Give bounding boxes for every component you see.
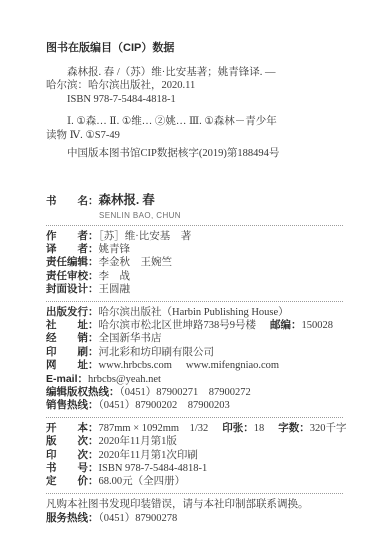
row-author: 作 者：［苏］维·比安基 著 xyxy=(46,230,343,243)
book-info-block: 书 名：森林报. 春 SENLIN BAO, CHUN 作 者：［苏］维·比安基… xyxy=(46,192,343,526)
book-title-label: 书 名： xyxy=(46,195,99,207)
postcode-label: 邮编： xyxy=(270,319,302,331)
isbn-value: ISBN 978-7-5484-4818-1 xyxy=(99,463,208,474)
printer-value: 河北彩和坊印刷有限公司 xyxy=(99,347,215,358)
row-distributor: 经 销：全国新华书店 xyxy=(46,332,343,345)
cover-designer-label: 封面设计： xyxy=(46,283,99,295)
row-sales-hotline: 销售热线：（0451）87900202 87900203 xyxy=(46,399,343,412)
cip-class-line2: 读物 Ⅳ. ①S7-49 xyxy=(46,130,120,141)
row-cover-designer: 封面设计：王圆融 xyxy=(46,283,343,296)
row-editor: 责任编辑：李金秋 王婉竺 xyxy=(46,256,343,269)
book-title-pinyin: SENLIN BAO, CHUN xyxy=(99,211,343,221)
publisher-value: 哈尔滨出版社（Harbin Publishing House） xyxy=(99,307,289,318)
cip-isbn: ISBN 978-7-5484-4818-1 xyxy=(46,93,343,107)
editor-label: 责任编辑： xyxy=(46,256,99,268)
row-publisher: 出版发行：哈尔滨出版社（Harbin Publishing House） xyxy=(46,306,343,319)
sheets-label: 印张： xyxy=(222,422,254,434)
address-label: 社 址： xyxy=(46,319,99,331)
row-website: 网 址：www.hrbcbs.comwww.mifengniao.com xyxy=(46,359,343,372)
row-price: 定 价：68.00元（全四册） xyxy=(46,475,343,488)
editorial-hotline-label: 编辑版权热线： xyxy=(46,386,120,398)
proofreader-value: 李 战 xyxy=(99,271,131,282)
row-format: 开 本：787mm × 1092mm 1/32印张：18字数：320千字 xyxy=(46,422,343,435)
format-label: 开 本： xyxy=(46,422,99,434)
author-value: ［苏］维·比安基 著 xyxy=(99,231,192,242)
row-editorial-hotline: 编辑版权热线：（0451）87900271 87900272 xyxy=(46,386,343,399)
translator-label: 译 者： xyxy=(46,243,99,255)
sales-hotline-value: （0451）87900202 87900203 xyxy=(99,400,230,411)
row-translator: 译 者：姚青锋 xyxy=(46,243,343,256)
distributor-label: 经 销： xyxy=(46,332,99,344)
price-value: 68.00元（全四册） xyxy=(99,476,186,487)
row-edition: 版 次：2020年11月第1版 xyxy=(46,435,343,448)
copyright-page: 图书在版编目（CIP）数据 森林报. 春 /（苏）维·比安基著；姚青锋译. —哈… xyxy=(0,0,375,543)
sheets-value: 18 xyxy=(254,423,265,434)
address-value: 哈尔滨市松北区世坤路738号9号楼 xyxy=(99,320,257,331)
wordcount-label: 字数： xyxy=(278,422,310,434)
price-label: 定 价： xyxy=(46,475,99,487)
cip-record-number: 中国版本图书馆CIP数据核字(2019)第188494号 xyxy=(46,147,343,161)
cip-entry: 森林报. 春 /（苏）维·比安基著；姚青锋译. —哈尔滨：哈尔滨出版社，2020… xyxy=(46,66,343,93)
impression-label: 印 次： xyxy=(46,449,99,461)
website-value-1: www.hrbcbs.com xyxy=(99,360,172,371)
row-printer: 印 刷：河北彩和坊印刷有限公司 xyxy=(46,346,343,359)
editorial-hotline-value: （0451）87900271 87900272 xyxy=(120,387,251,398)
row-impression: 印 次：2020年11月第1次印刷 xyxy=(46,449,343,462)
cip-block: 图书在版编目（CIP）数据 森林报. 春 /（苏）维·比安基著；姚青锋译. —哈… xyxy=(46,42,343,161)
cip-title: 图书在版编目（CIP）数据 xyxy=(46,42,343,56)
sales-hotline-label: 销售热线： xyxy=(46,399,99,411)
publisher-label: 出版发行： xyxy=(46,306,99,318)
service-hotline-value: （0451）87900278 xyxy=(99,513,178,524)
website-label: 网 址： xyxy=(46,359,99,371)
isbn-label: 书 号： xyxy=(46,462,99,474)
website-value-2: www.mifengniao.com xyxy=(186,360,279,371)
translator-value: 姚青锋 xyxy=(99,244,131,255)
email-label: E-mail： xyxy=(46,373,88,385)
distributor-value: 全国新华书店 xyxy=(99,333,162,344)
edition-label: 版 次： xyxy=(46,435,99,447)
impression-value: 2020年11月第1次印刷 xyxy=(99,450,198,461)
printer-label: 印 刷： xyxy=(46,346,99,358)
row-email: E-mail：hrbcbs@yeah.net xyxy=(46,373,343,386)
editor-value: 李金秋 王婉竺 xyxy=(99,257,173,268)
edition-value: 2020年11月第1版 xyxy=(99,436,177,447)
dotted-divider xyxy=(46,225,343,226)
footer-notice: 凡购本社图书发现印装错误，请与本社印制部联系调换。 xyxy=(46,498,343,512)
proofreader-label: 责任审校： xyxy=(46,270,99,282)
dotted-divider xyxy=(46,301,343,302)
book-title-row: 书 名：森林报. 春 xyxy=(46,192,343,210)
footer-block: 凡购本社图书发现印装错误，请与本社印制部联系调换。 服务热线：（0451）879… xyxy=(46,498,343,525)
postcode-value: 150028 xyxy=(302,320,334,331)
cip-class-line1: Ⅰ. ①森… Ⅱ. ①维… ②姚… Ⅲ. ①森林－青少年 xyxy=(67,116,277,127)
author-label: 作 者： xyxy=(46,230,99,242)
cip-classification: Ⅰ. ①森… Ⅱ. ①维… ②姚… Ⅲ. ①森林－青少年读物 Ⅳ. ①S7-49 xyxy=(46,115,343,142)
cip-entry-line1: 森林报. 春 /（苏）维·比安基著；姚青锋译. — xyxy=(67,67,276,78)
dotted-divider xyxy=(46,493,343,494)
book-title-value: 森林报. 春 xyxy=(99,193,155,207)
row-proofreader: 责任审校：李 战 xyxy=(46,270,343,283)
cip-entry-line2: 哈尔滨：哈尔滨出版社，2020.11 xyxy=(46,80,195,91)
row-service-hotline: 服务热线：（0451）87900278 xyxy=(46,512,343,525)
cover-designer-value: 王圆融 xyxy=(99,284,131,295)
row-address: 社 址：哈尔滨市松北区世坤路738号9号楼邮编：150028 xyxy=(46,319,343,332)
dotted-divider xyxy=(46,417,343,418)
email-value: hrbcbs@yeah.net xyxy=(88,374,161,385)
row-isbn: 书 号：ISBN 978-7-5484-4818-1 xyxy=(46,462,343,475)
format-value: 787mm × 1092mm 1/32 xyxy=(99,423,209,434)
service-hotline-label: 服务热线： xyxy=(46,512,99,524)
wordcount-value: 320千字 xyxy=(310,423,347,434)
